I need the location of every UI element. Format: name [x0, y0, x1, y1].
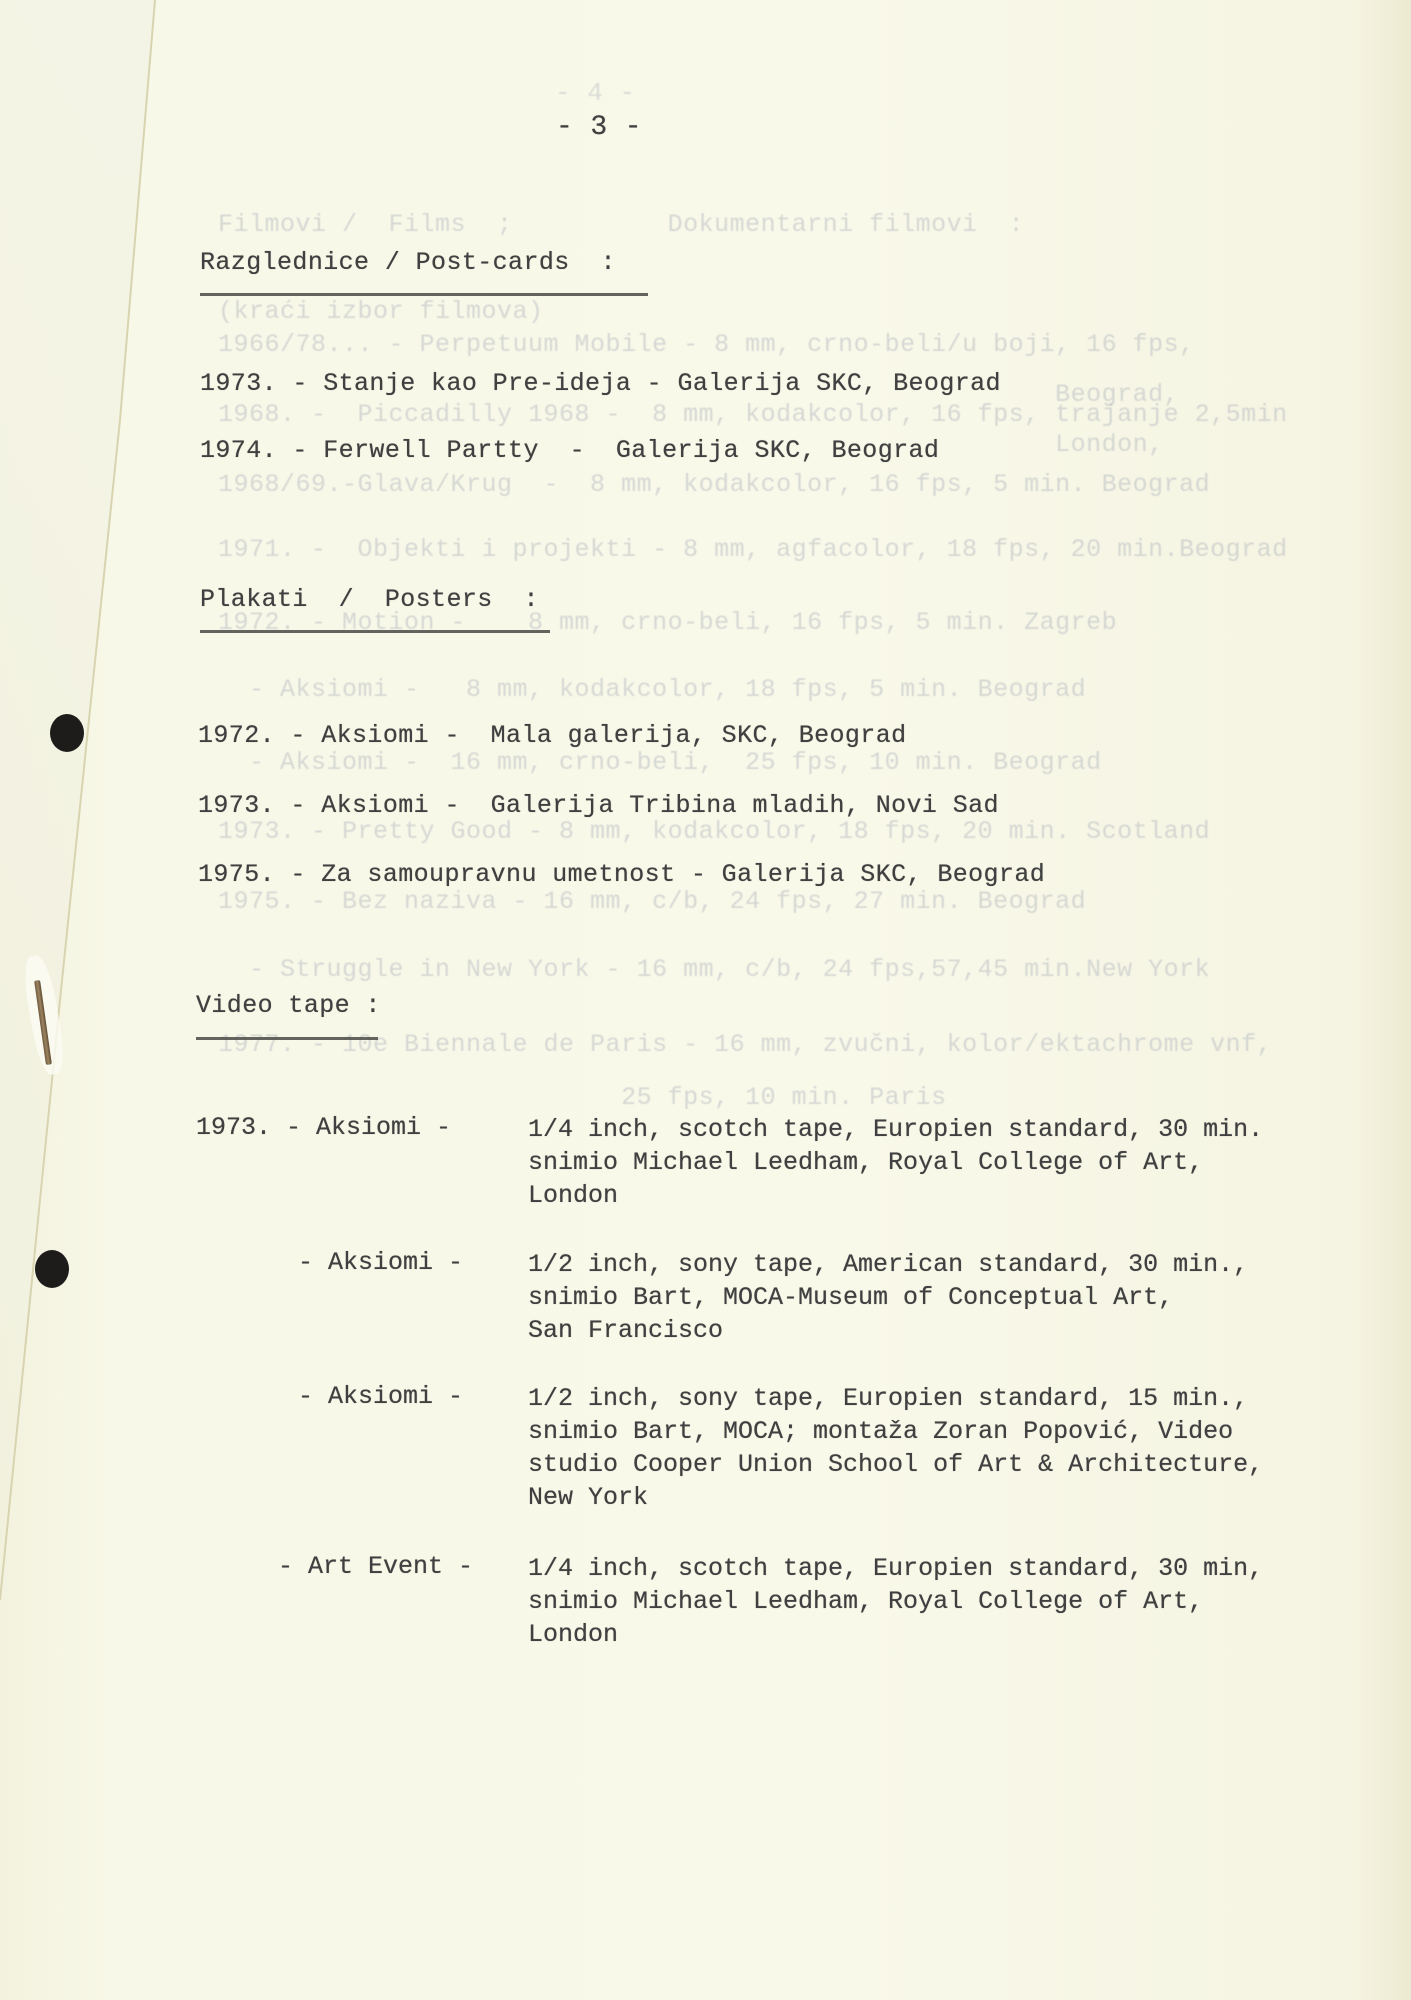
ghost-line: 1971. - Objekti i projekti - 8 mm, agfac… [218, 535, 1288, 564]
ghost-page-number: - 4 - [555, 78, 636, 108]
video-entry-label: 1973. - Aksiomi - [196, 1113, 451, 1142]
video-entry-label: - Aksiomi - [298, 1248, 463, 1277]
fold-crease [0, 0, 160, 1600]
document-page: - 4 - Filmovi / Films ; Dokumentarni fil… [0, 0, 1411, 2000]
video-entry-label: - Aksiomi - [298, 1382, 463, 1411]
section-heading-postcards: Razglednice / Post-cards : [200, 248, 616, 277]
detail-line: San Francisco [528, 1314, 1248, 1347]
ghost-line: Filmovi / Films ; Dokumentarni filmovi : [218, 210, 1024, 239]
video-entry-details: 1/2 inch, sony tape, American standard, … [528, 1248, 1248, 1347]
ghost-line: - Aksiomi - 16 mm, crno-beli, 25 fps, 10… [218, 748, 1102, 777]
detail-line: London [528, 1179, 1263, 1212]
punch-hole-icon [35, 1250, 69, 1288]
postcard-item: 1973. - Stanje kao Pre-ideja - Galerija … [200, 369, 1001, 398]
postcard-item: 1974. - Ferwell Partty - Galerija SKC, B… [200, 436, 939, 465]
video-entry-details: 1/2 inch, sony tape, Europien standard, … [528, 1382, 1263, 1514]
ghost-line: 1966/78... - Perpetuum Mobile - 8 mm, cr… [218, 330, 1195, 359]
ghost-line: 1973. - Pretty Good - 8 mm, kodakcolor, … [218, 817, 1210, 846]
page-number: - 3 - [556, 112, 642, 143]
poster-item: 1975. - Za samoupravnu umetnost - Galeri… [198, 860, 1045, 889]
ghost-line: 1977. - 10e Biennale de Paris - 16 mm, z… [218, 1030, 1272, 1059]
section-heading-video-tape: Video tape : [196, 991, 381, 1020]
detail-line: snimio Michael Leedham, Royal College of… [528, 1585, 1263, 1618]
ghost-line: 1975. - Bez naziva - 16 mm, c/b, 24 fps,… [218, 887, 1086, 916]
detail-line: London [528, 1618, 1263, 1651]
detail-line: 1/2 inch, sony tape, Europien standard, … [528, 1382, 1263, 1415]
detail-line: snimio Bart, MOCA-Museum of Conceptual A… [528, 1281, 1248, 1314]
ghost-line: - Aksiomi - 8 mm, kodakcolor, 18 fps, 5 … [218, 675, 1086, 704]
heading-underline [200, 293, 648, 296]
ghost-line: 25 fps, 10 min. Paris [218, 1083, 947, 1112]
heading-underline [200, 630, 550, 633]
ghost-line: - Struggle in New York - 16 mm, c/b, 24 … [218, 955, 1210, 984]
detail-line: 1/2 inch, sony tape, American standard, … [528, 1248, 1248, 1281]
ghost-line: 1968/69.-Glava/Krug - 8 mm, kodakcolor, … [218, 470, 1210, 499]
detail-line: snimio Michael Leedham, Royal College of… [528, 1146, 1263, 1179]
section-heading-posters: Plakati / Posters : [200, 585, 539, 614]
poster-item: 1972. - Aksiomi - Mala galerija, SKC, Be… [198, 721, 907, 750]
detail-line: snimio Bart, MOCA; montaža Zoran Popović… [528, 1415, 1263, 1448]
detail-line: New York [528, 1481, 1263, 1514]
ghost-line: (kraći izbor filmova) [218, 297, 544, 326]
video-entry-details: 1/4 inch, scotch tape, Europien standard… [528, 1113, 1263, 1212]
heading-underline [196, 1037, 378, 1040]
punch-hole-icon [50, 714, 84, 752]
poster-item: 1973. - Aksiomi - Galerija Tribina mladi… [198, 791, 999, 820]
video-entry-label: - Art Event - [278, 1552, 473, 1581]
detail-line: 1/4 inch, scotch tape, Europien standard… [528, 1113, 1263, 1146]
detail-line: studio Cooper Union School of Art & Arch… [528, 1448, 1263, 1481]
detail-line: 1/4 inch, scotch tape, Europien standard… [528, 1552, 1263, 1585]
video-entry-details: 1/4 inch, scotch tape, Europien standard… [528, 1552, 1263, 1651]
ghost-line: 1968. - Piccadilly 1968 - 8 mm, kodakcol… [218, 400, 1288, 429]
